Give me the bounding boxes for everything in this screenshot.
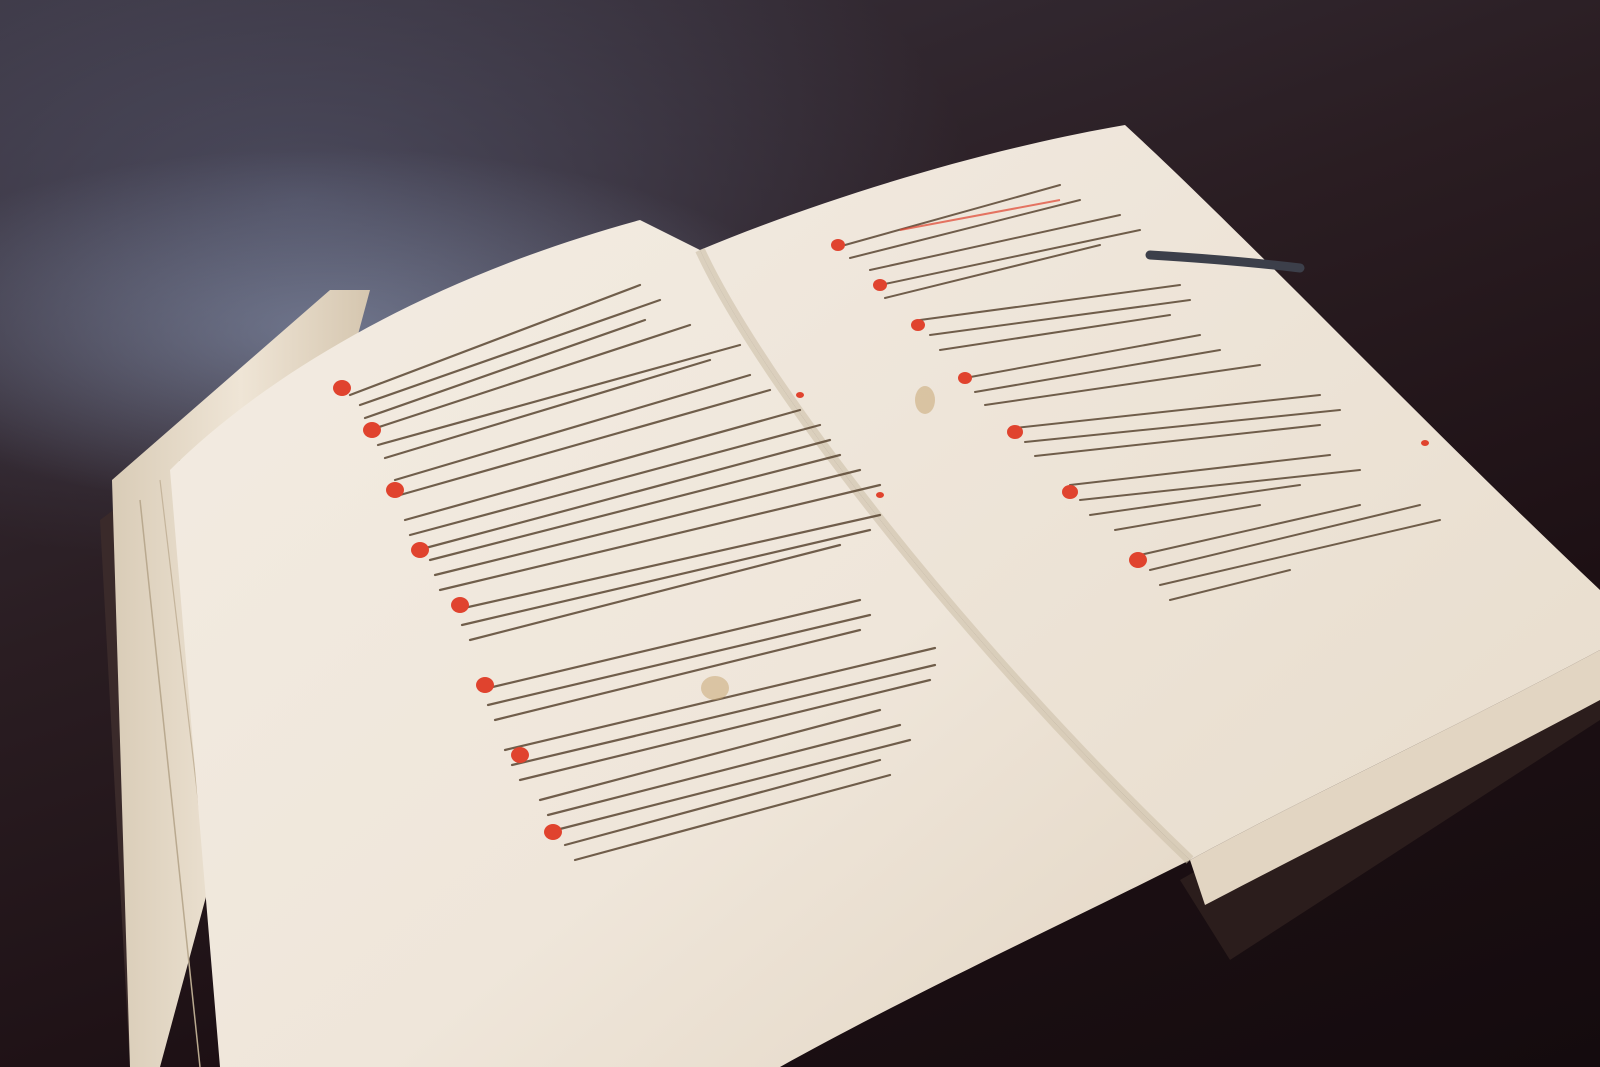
photo-scene: Open medieval manuscript codex on a dark… (0, 0, 1600, 1067)
manuscript-illustration (0, 0, 1600, 1067)
